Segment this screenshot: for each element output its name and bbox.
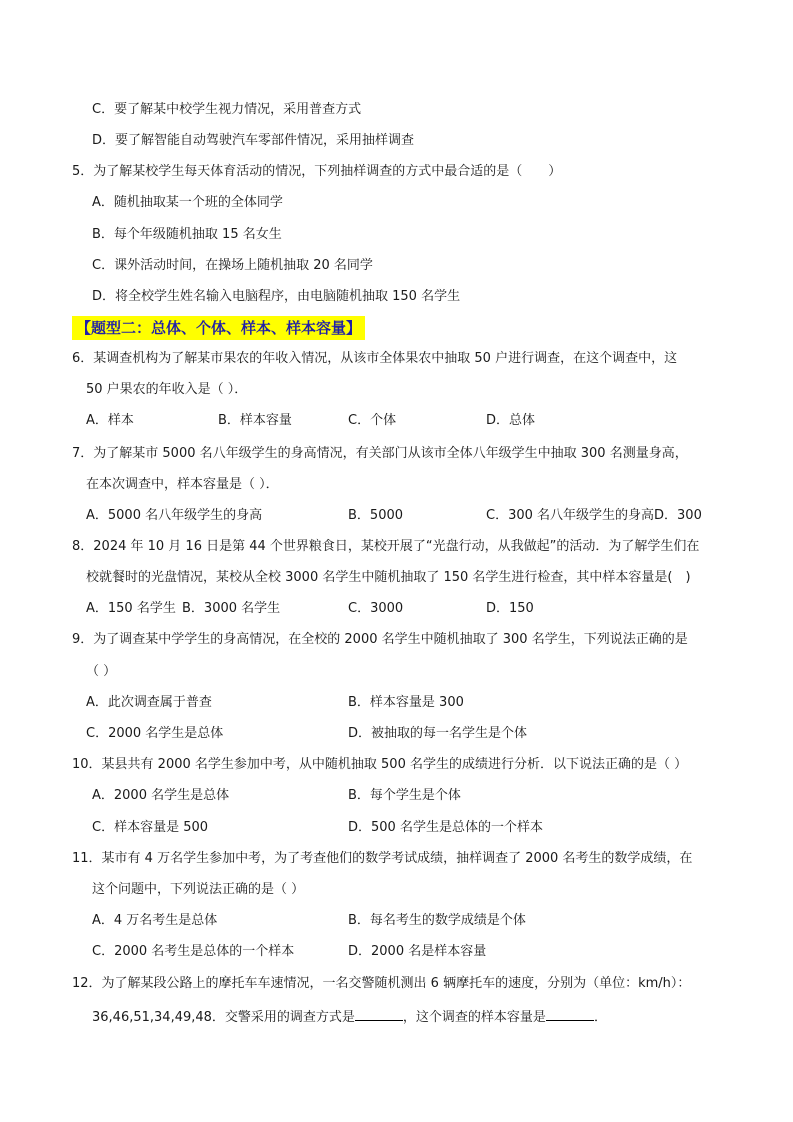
q4-option-c: C．要了解某中校学生视力情况，采用普查方式 [92,101,361,119]
q11-option-c: C．2000 名考生是总体的一个样本 [92,943,294,961]
q4-option-d: D．要了解智能自动驾驶汽车零部件情况，采用抽样调查 [92,132,414,150]
q9-option-b: B．样本容量是 300 [348,694,464,712]
q5-option-a: A．随机抽取某一个班的全体同学 [92,194,283,212]
q5-option-b: B．每个年级随机抽取 15 名女生 [92,226,282,244]
q8-option-d: D．150 [486,600,534,618]
q12-stem-line1: 12．为了解某段公路上的摩托车车速情况，一名交警随机测出 6 辆摩托车的速度，分… [72,975,690,993]
q11-option-b: B．每名考生的数学成绩是个体 [348,912,526,930]
q9-stem-line2: （ ） [86,663,116,681]
q8-stem-line1: 8．2024 年 10 月 16 日是第 44 个世界粮食日，某校开展了“光盘行… [72,538,699,556]
q6-option-b: B．样本容量 [218,412,292,430]
q12-stem-line2: 36,46,51,34,49,48．交警采用的调查方式是，这个调查的样本容量是． [92,1006,607,1027]
q6-option-a: A．样本 [86,412,134,430]
q10-stem: 10．某县共有 2000 名学生参加中考，从中随机抽取 500 名学生的成绩进行… [72,756,687,774]
q12-stem-part3: ． [594,1010,607,1025]
q7-option-a: A．5000 名八年级学生的身高 [86,507,262,525]
q10-option-d: D．500 名学生是总体的一个样本 [348,819,543,837]
q12-blank-method[interactable] [355,1006,403,1021]
q10-option-b: B．每个学生是个体 [348,787,461,805]
q6-stem-line1: 6．某调查机构为了解某市果农的年收入情况，从该市全体果农中抽取 50 户进行调查… [72,350,677,368]
q5-option-d: D．将全校学生姓名输入电脑程序，由电脑随机抽取 150 名学生 [92,288,460,306]
q8-option-a: A．150 名学生 [86,600,176,618]
q11-stem-line2: 这个问题中，下列说法正确的是（ ） [92,881,304,899]
q11-stem-line1: 11．某市有 4 万名学生参加中考，为了考查他们的数学考试成绩，抽样调查了 20… [72,850,692,868]
q7-option-c-d: C．300 名八年级学生的身高D．300 [486,507,702,525]
section-heading: 【题型二：总体、个体、样本、样本容量】 [72,316,365,340]
q9-option-d: D．被抽取的每一名学生是个体 [348,725,527,743]
q9-option-a: A．此次调查属于普查 [86,694,212,712]
q6-stem-line2: 50 户果农的年收入是（ ）． [86,381,247,399]
q12-stem-part2: ，这个调查的样本容量是 [403,1010,546,1025]
q6-option-d: D．总体 [486,412,535,430]
q11-option-d: D．2000 名是样本容量 [348,943,486,961]
q7-stem-line1: 7．为了解某市 5000 名八年级学生的身高情况，有关部门从该市全体八年级学生中… [72,445,688,463]
q8-stem-line2: 校就餐时的光盘情况，某校从全校 3000 名学生中随机抽取了 150 名学生进行… [86,569,691,587]
q10-option-a: A．2000 名学生是总体 [92,787,229,805]
q5-option-c: C．课外活动时间，在操场上随机抽取 20 名同学 [92,257,373,275]
q9-option-c: C．2000 名学生是总体 [86,725,223,743]
q9-stem-line1: 9．为了调查某中学学生的身高情况，在全校的 2000 名学生中随机抽取了 300… [72,631,688,649]
q11-option-a: A．4 万名考生是总体 [92,912,217,930]
q12-stem-part1: 36,46,51,34,49,48．交警采用的调查方式是 [92,1010,355,1025]
q8-option-c: C．3000 [348,600,403,618]
q10-option-c: C．样本容量是 500 [92,819,208,837]
q8-option-b: B．3000 名学生 [182,600,280,618]
q6-option-c: C．个体 [348,412,396,430]
q7-option-b: B．5000 [348,507,403,525]
q12-blank-sample-size[interactable] [546,1006,594,1021]
q7-stem-line2: 在本次调查中，样本容量是（ ）． [86,476,279,494]
q5-stem: 5．为了解某校学生每天体育活动的情况，下列抽样调查的方式中最合适的是（ ） [72,163,561,181]
